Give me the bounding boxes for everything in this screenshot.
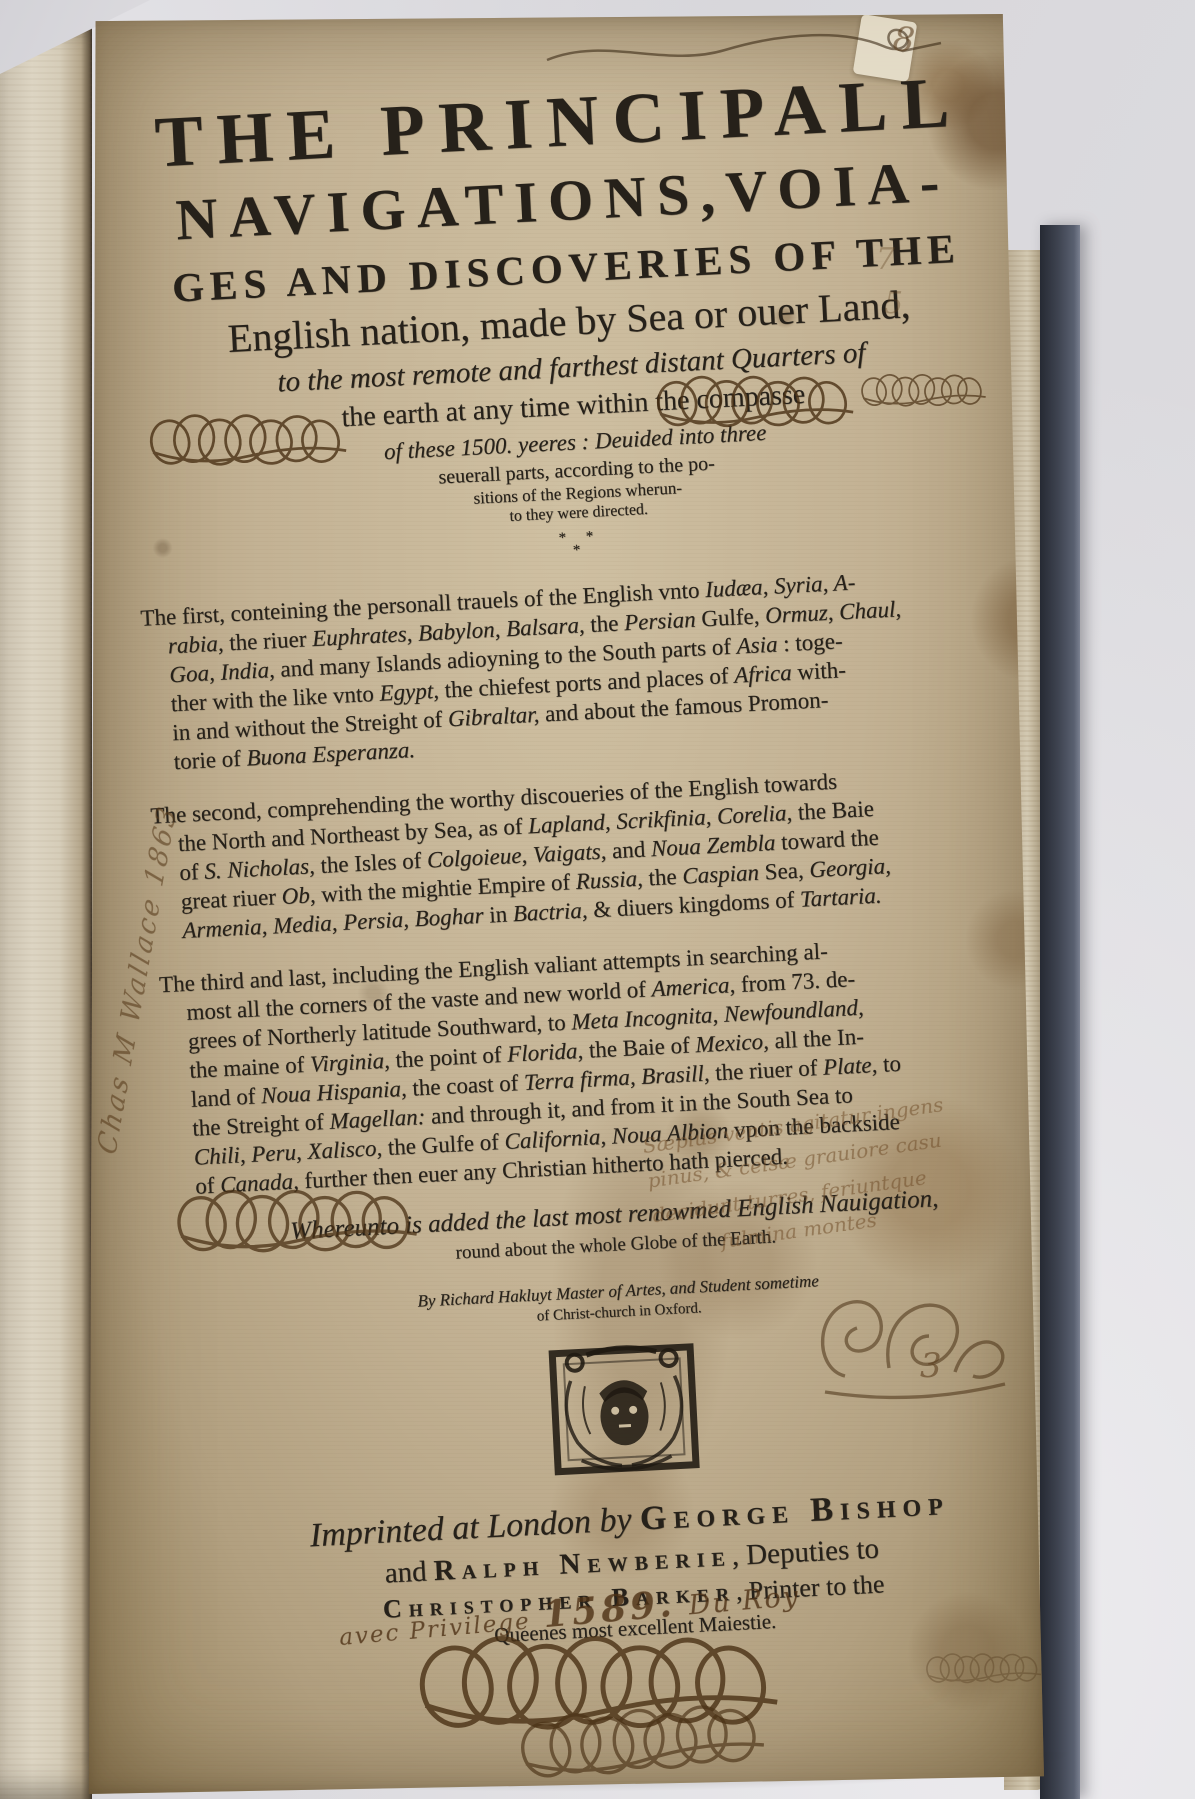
paragraph-second-part: The second, comprehending the worthy dis… — [150, 757, 1042, 947]
book-cover-right — [1040, 225, 1080, 1799]
book-fore-edge-left — [0, 18, 92, 1799]
paragraph-first-part: The first, conteining the personall trau… — [140, 559, 1034, 778]
handwritten-numeral: 8 — [891, 19, 917, 61]
handwritten-numeral: 3 — [920, 1346, 942, 1386]
title-page: THE PRINCIPALL NAVIGATIONS,VOIA- GES AND… — [86, 14, 1044, 1794]
handwritten-numeral: 7 — [876, 242, 895, 277]
printed-text-block: THE PRINCIPALL NAVIGATIONS,VOIA- GES AND… — [115, 62, 1079, 1665]
photo-of-book: { "photo": { "cloth_color": "#d8d7db", "… — [0, 0, 1195, 1799]
handwritten-numeral: 5 — [884, 286, 903, 321]
